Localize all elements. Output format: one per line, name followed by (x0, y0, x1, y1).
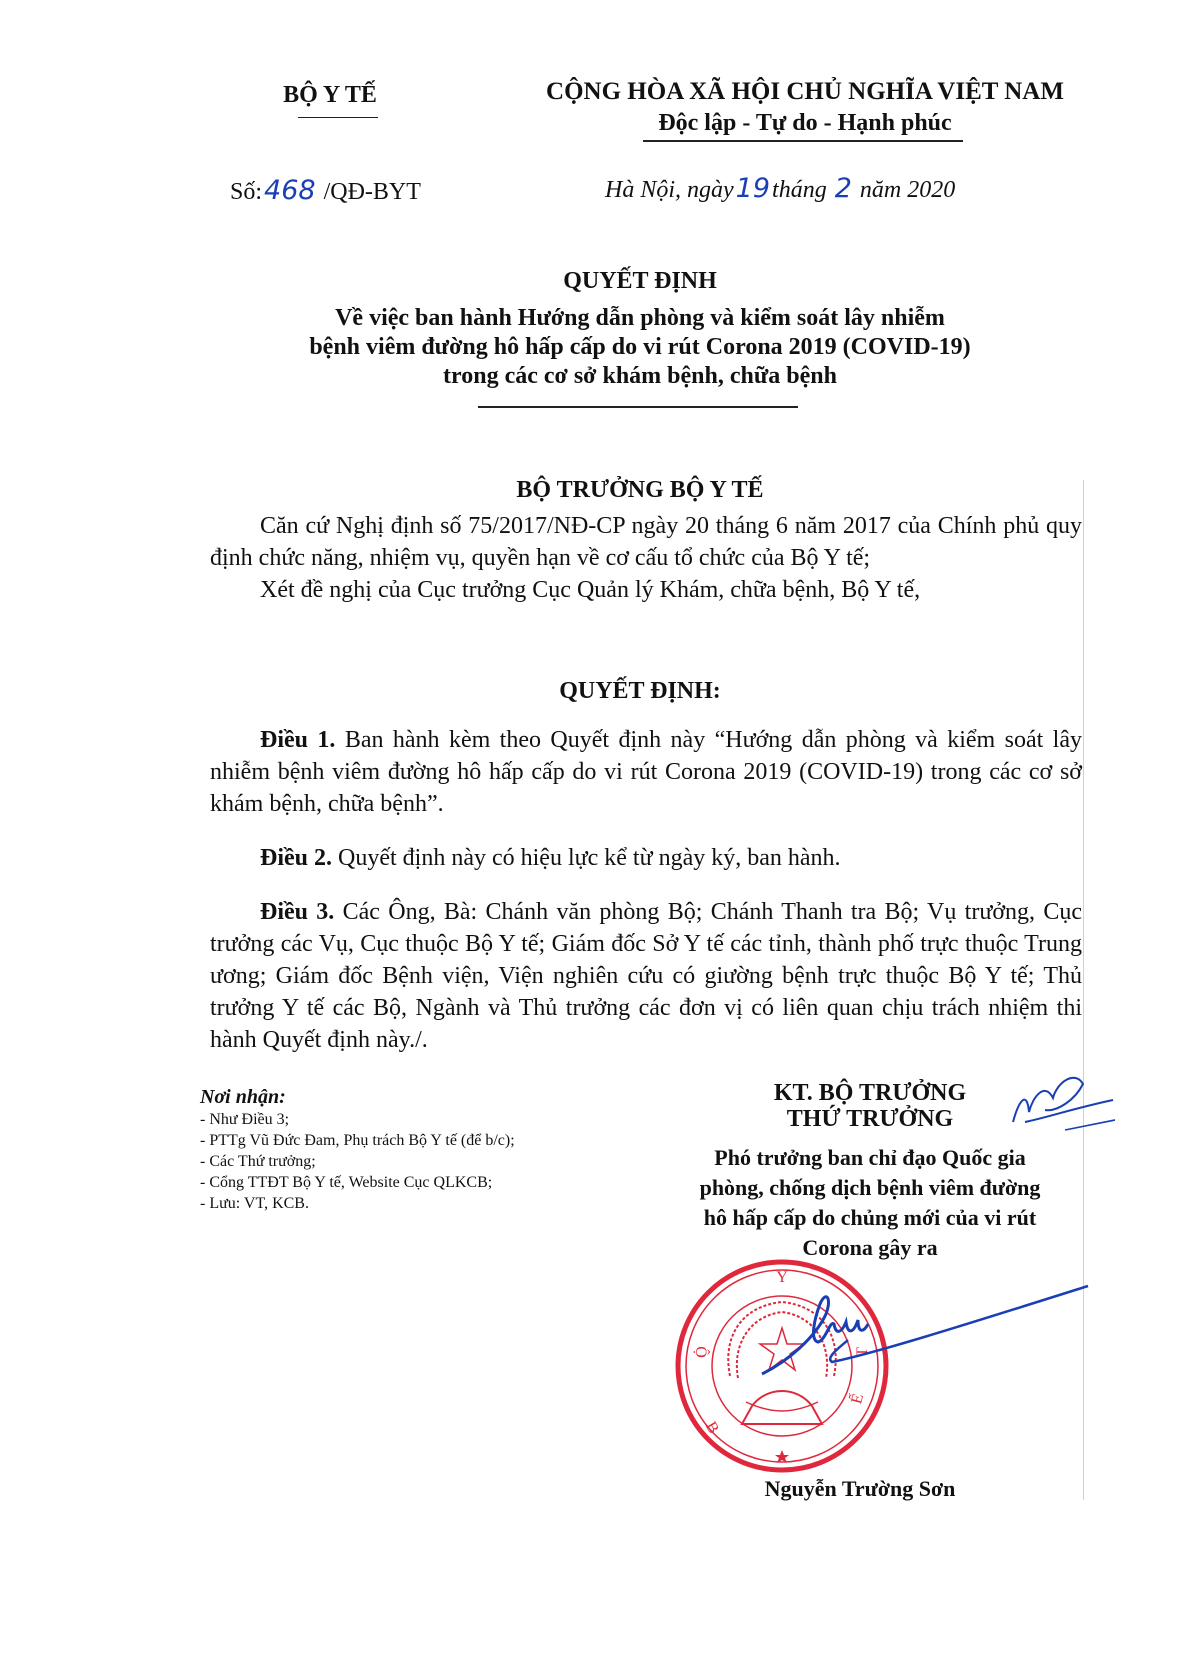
signature-icon (760, 1280, 1090, 1410)
subject-line: bệnh viêm đường hô hấp cấp do vi rút Cor… (190, 333, 1090, 362)
svg-text:Ộ: Ộ (692, 1346, 711, 1358)
article-2: Điều 2. Quyết định này có hiệu lực kể từ… (210, 842, 1082, 874)
motto-underline (643, 140, 963, 142)
article-3: Điều 3. Các Ông, Bà: Chánh văn phòng Bộ;… (210, 896, 1082, 1056)
agency-underline (298, 117, 378, 118)
recipient-item: - Cổng TTĐT Bộ Y tế, Website Cục QLKCB; (200, 1172, 640, 1193)
document-number: Số:468/QĐ-BYT (230, 175, 421, 206)
issuing-agency: BỘ Y TẾ (250, 82, 410, 109)
authority-heading: BỘ TRƯỞNG BỘ Y TẾ (200, 477, 1080, 504)
basis-paragraph: Xét đề nghị của Cục trưởng Cục Quản lý K… (210, 574, 1082, 606)
article-text: Quyết định này có hiệu lực kể từ ngày ký… (332, 845, 841, 871)
recipient-item: - Các Thứ trưởng; (200, 1151, 640, 1172)
signer-description: Phó trưởng ban chỉ đạo Quốc gia phòng, c… (655, 1143, 1085, 1263)
document-title: QUYẾT ĐỊNH (200, 268, 1080, 295)
day-handwritten: 19 (736, 173, 770, 204)
document-subject: Về việc ban hành Hướng dẫn phòng và kiểm… (190, 304, 1090, 391)
articles: Điều 1. Ban hành kèm theo Quyết định này… (210, 724, 1082, 1078)
article-text: Các Ông, Bà: Chánh văn phòng Bộ; Chánh T… (210, 899, 1082, 1053)
initial-signature-icon (1005, 1060, 1115, 1140)
month-label: tháng (772, 177, 827, 203)
doc-number-suffix: /QĐ-BYT (324, 179, 421, 205)
recipient-item: - Lưu: VT, KCB. (200, 1193, 640, 1214)
signer-description-line: Phó trưởng ban chỉ đạo Quốc gia (655, 1143, 1085, 1173)
doc-number-prefix: Số: (230, 179, 262, 205)
recipients-block: Nơi nhận: - Như Điều 3; - PTTg Vũ Đức Đa… (200, 1085, 640, 1214)
signer-description-line: phòng, chống dịch bệnh viêm đường (655, 1173, 1085, 1203)
recipient-item: - Như Điều 3; (200, 1109, 640, 1130)
signer-description-line: hô hấp cấp do chủng mới của vi rút (655, 1203, 1085, 1233)
national-motto: Độc lập - Tự do - Hạnh phúc (520, 110, 1090, 137)
signer-name: Nguyễn Trường Sơn (700, 1476, 1020, 1502)
place-and-date: Hà Nội, ngày19tháng 2 năm 2020 (605, 173, 955, 204)
legal-basis: Căn cứ Nghị định số 75/2017/NĐ-CP ngày 2… (210, 510, 1082, 606)
recipient-item: - PTTg Vũ Đức Đam, Phụ trách Bộ Y tế (để… (200, 1130, 640, 1151)
article-1: Điều 1. Ban hành kèm theo Quyết định này… (210, 724, 1082, 820)
article-label: Điều 3. (260, 899, 334, 925)
article-label: Điều 2. (260, 845, 332, 871)
subject-line: trong các cơ sở khám bệnh, chữa bệnh (190, 362, 1090, 391)
doc-number-handwritten: 468 (264, 175, 316, 206)
recipients-heading: Nơi nhận: (200, 1085, 640, 1109)
subject-line: Về việc ban hành Hướng dẫn phòng và kiểm… (190, 304, 1090, 333)
year-text: năm 2020 (860, 177, 955, 203)
article-label: Điều 1. (260, 727, 335, 753)
basis-paragraph: Căn cứ Nghị định số 75/2017/NĐ-CP ngày 2… (210, 510, 1082, 574)
article-text: Ban hành kèm theo Quyết định này “Hướng … (210, 727, 1082, 817)
national-title: CỘNG HÒA XÃ HỘI CHỦ NGHĨA VIỆT NAM (520, 78, 1090, 106)
place-prefix: Hà Nội, ngày (605, 177, 734, 203)
month-handwritten: 2 (835, 173, 852, 204)
subject-underline (478, 406, 798, 408)
decision-heading: QUYẾT ĐỊNH: (200, 678, 1080, 705)
